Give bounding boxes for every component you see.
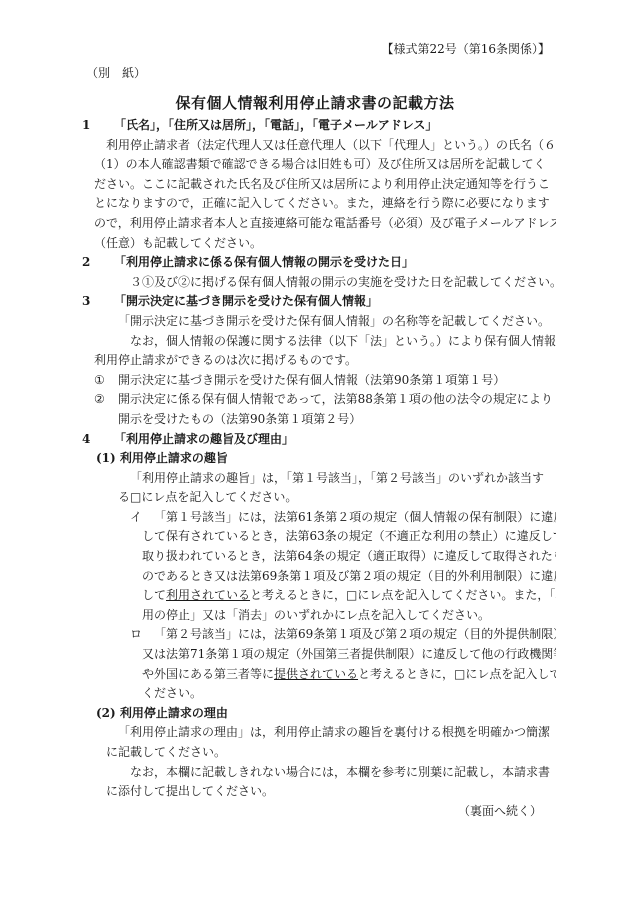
section-3-heading: 3「開示決定に基づき開示を受けた保有個人情報」 — [82, 292, 556, 312]
item-text-continued: や外国にある第三者等に提供されていると考えるときに，□にレ点を記入して — [82, 665, 556, 685]
section-heading-text: 「開示決定に基づき開示を受けた保有個人情報」 — [114, 294, 378, 308]
section-1-text: （1）の本人確認書類で確認できる場合は旧姓も可）及び住所又は居所を記載してく — [82, 155, 556, 175]
section-3-text: 利用停止請求ができるのは次に掲げるものです。 — [82, 351, 556, 371]
item-marker: ① — [94, 371, 118, 391]
section-1-text: とになりますので，正確に記入してください。また，連絡を行う際に必要になります — [82, 194, 556, 214]
attachment-label: （別 紙） — [86, 64, 146, 81]
subsection-2-text: に添付して提出してください。 — [82, 782, 556, 802]
text-segment: して — [142, 588, 166, 602]
text-segment: と考えるときに，□にレ点を記入してください。また，「利 — [250, 588, 556, 602]
section-heading-text: 「利用停止請求に係る保有個人情報の開示を受けた日」 — [114, 255, 414, 269]
subsection-2-text: 「利用停止請求の理由」は，利用停止請求の趣旨を裏付ける根拠を明確かつ簡潔 — [82, 723, 556, 743]
item-text-continued: 用の停止」又は「消去」のいずれかにレ点を記入してください。 — [82, 606, 556, 626]
section-4-heading: 4「利用停止請求の趣旨及び理由」 — [82, 430, 556, 450]
subsection-2-text: に記載してください。 — [82, 743, 556, 763]
underlined-text: 利用されている — [166, 588, 250, 602]
section-number: 1 — [82, 116, 114, 136]
item-text-continued: 又は法第71条第１項の規定（外国第三者提供制限）に違反して他の行政機関等 — [82, 645, 556, 665]
item-text: 開示決定に基づき開示を受けた保有個人情報（法第90条第１項第１号） — [118, 373, 505, 387]
subsection-1-text: 「利用停止請求の趣旨」は，「第１号該当」，「第２号該当」のいずれか該当す — [82, 469, 556, 489]
item-marker: ロ — [130, 625, 154, 645]
page-title: 保有個人情報利用停止請求書の記載方法 — [0, 92, 630, 113]
text-segment: や外国にある第三者等に — [142, 667, 274, 681]
item-text-continued: 取り扱われているとき，法第64条の規定（適正取得）に違反して取得されたも — [82, 547, 556, 567]
section-3-text: 「開示決定に基づき開示を受けた保有個人情報」の名称等を記載してください。 — [82, 312, 556, 332]
section-1-text: ので，利用停止請求者本人と直接連絡可能な電話番号（必須）及び電子メールアドレス — [82, 214, 556, 234]
item-text-continued: ください。 — [82, 684, 556, 704]
section-1-text: ださい。ここに記載された氏名及び住所又は居所により利用停止決定通知等を行うこ — [82, 175, 556, 195]
section-heading-text: 「利用停止請求の趣旨及び理由」 — [114, 432, 294, 446]
section-1-text: （任意）も記載してください。 — [82, 234, 556, 254]
item-text-continued: して利用されていると考えるときに，□にレ点を記入してください。また，「利 — [82, 586, 556, 606]
list-item-ro: ロ「第２号該当」には，法第69条第１項及び第２項の規定（目的外提供制限） — [82, 625, 556, 645]
item-marker: ② — [94, 390, 118, 410]
subsection-1-heading: (1) 利用停止請求の趣旨 — [82, 449, 556, 469]
section-number: 3 — [82, 292, 114, 312]
list-item-i: イ「第１号該当」には，法第61条第２項の規定（個人情報の保有制限）に違反 — [82, 508, 556, 528]
section-number: 4 — [82, 430, 114, 450]
continued-note: （裏面へ続く） — [82, 802, 556, 822]
section-1-text: 利用停止請求者（法定代理人又は任意代理人（以下「代理人」という。）の氏名（６ — [82, 136, 556, 156]
document-page: 【様式第22号（第16条関係）】 （別 紙） 保有個人情報利用停止請求書の記載方… — [0, 0, 630, 903]
list-item: ②開示決定に係る保有個人情報であって，法第88条第１項の他の法令の規定により — [82, 390, 556, 410]
subsection-2-text: なお，本欄に記載しきれない場合には，本欄を参考に別葉に記載し，本請求書 — [82, 763, 556, 783]
item-text-continued: のであるとき又は法第69条第１項及び第２項の規定（目的外利用制限）に違反 — [82, 567, 556, 587]
list-item: ①開示決定に基づき開示を受けた保有個人情報（法第90条第１項第１号） — [82, 371, 556, 391]
form-number: 【様式第22号（第16条関係）】 — [381, 40, 550, 57]
text-segment: と考えるときに，□にレ点を記入して — [358, 667, 556, 681]
section-number: 2 — [82, 253, 114, 273]
section-1-heading: 1「氏名」，「住所又は居所」，「電話」，「電子メールアドレス」 — [82, 116, 556, 136]
subsection-1-text: る□にレ点を記入してください。 — [82, 488, 556, 508]
item-text: 「第１号該当」には，法第61条第２項の規定（個人情報の保有制限）に違反 — [154, 510, 556, 524]
document-body: 1「氏名」，「住所又は居所」，「電話」，「電子メールアドレス」 利用停止請求者（… — [82, 116, 556, 821]
section-2-text: ３①及び②に掲げる保有個人情報の開示の実施を受けた日を記載してください。 — [82, 273, 556, 293]
section-heading-text: 「氏名」，「住所又は居所」，「電話」，「電子メールアドレス」 — [114, 118, 437, 132]
section-3-text: なお，個人情報の保護に関する法律（以下「法」という。）により保有個人情報の — [82, 332, 556, 352]
item-text: 「第２号該当」には，法第69条第１項及び第２項の規定（目的外提供制限） — [154, 627, 556, 641]
item-text-continued: 開示を受けたもの（法第90条第１項第２号） — [82, 410, 556, 430]
underlined-text: 提供されている — [274, 667, 358, 681]
item-text: 開示決定に係る保有個人情報であって，法第88条第１項の他の法令の規定により — [118, 392, 553, 406]
item-marker: イ — [130, 508, 154, 528]
section-2-heading: 2「利用停止請求に係る保有個人情報の開示を受けた日」 — [82, 253, 556, 273]
item-text-continued: して保有されているとき，法第63条の規定（不適正な利用の禁止）に違反して — [82, 527, 556, 547]
subsection-2-heading: (2) 利用停止請求の理由 — [82, 704, 556, 724]
